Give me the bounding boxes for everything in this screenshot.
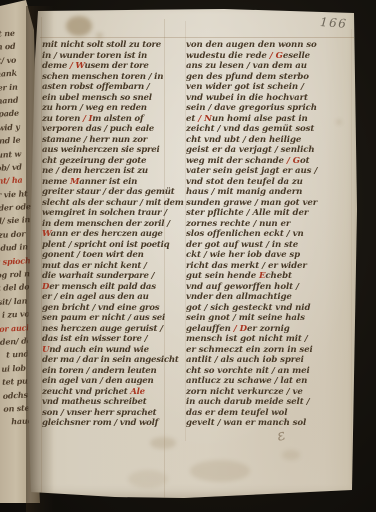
text-column-left: mit nicht solt stoll zu torein / wunder … [42,40,168,429]
manuscript-line: in / wunder toren ist in [42,51,168,62]
manuscript-photo: nt neim odnt/ vohankder inrmandt padewid… [0,0,376,512]
manuscript-line: gelauffen / Der zornig [186,324,354,335]
manuscript-line: zeucht vnd prichet Ale [42,387,168,398]
manuscript-line: schen menschen toren / in [42,72,168,83]
manuscript-line: der got auf wust / in ste [186,240,354,251]
manuscript-line: neme Manner ist ein [42,177,168,188]
manuscript-line: gonent / toen wirt den [42,250,168,261]
stain-bottom-4 [128,470,168,488]
manuscript-line: aus weinherczen sie sprei [42,145,168,156]
manuscript-line: zu toren / Im alsten of [42,114,168,125]
manuscript-line: gleichsner rom / vnd wolf [42,418,168,429]
manuscript-line: vater sein geist jagt er aus / [186,166,354,177]
manuscript-line: slos offenlichen eckt / vn [186,229,354,240]
manuscript-line: haus / mit manig andern [186,187,354,198]
manuscript-line: son / vnser herr sprachet [42,408,168,419]
manuscript-line: Und auch ein wund wie [42,345,168,356]
manuscript-line: ne / dem herczen ist zu [42,166,168,177]
manuscript-line: wudestu die rede / Geselle [186,51,354,62]
stain-top-small [96,33,103,38]
manuscript-line: ein agel van / den augen [42,376,168,387]
stain-top [66,16,92,36]
manuscript-line: slecht als der schaur / mit dem [42,198,168,209]
stain-bottom-3 [282,450,300,460]
manuscript-line: ckt / wie her iob dave sp [186,250,354,261]
manuscript-line: asten robst offembarn / [42,82,168,93]
manuscript-line: in dem menschen der zoril / [42,219,168,230]
manuscript-line: et / Nun homi alse past in [186,114,354,125]
manuscript-line: gevelt / wan er manch sol [186,418,354,429]
manuscript-line: gen bricht / vnd eine gros [42,303,168,314]
manuscript-line: geist er da verjagt / senlich [186,145,354,156]
manuscript-line: deme / Wusem der tore [42,61,168,72]
manuscript-line: er / ein agel aus den au [42,292,168,303]
manuscript-line: got / sich gesteckt vnd nid [186,303,354,314]
manuscript-line: sunden grawe / man got ver [186,198,354,209]
manuscript-line: richt das merkt / er wider [186,261,354,272]
manuscript-line: plent / spricht oni ist poetiq [42,240,168,251]
manuscript-line: mensch ist got nicht mit / [186,334,354,345]
manuscript-line: antlucz zu schawe / lat en [186,376,354,387]
stain-bottom-2 [190,460,250,482]
manuscript-line: wemgiret in solchen traur / [42,208,168,219]
manuscript-line: zu horn / weg en reden [42,103,168,114]
manuscript-line: mut das er nicht kent / [42,261,168,272]
manuscript-line: gut sein hende Echebt [186,271,354,282]
manuscript-line: gen des pfund dem sterbo [186,72,354,83]
manuscript-line: nes herczen auge geruist / [42,324,168,335]
manuscript-line: zornes rechte / nun er [186,219,354,230]
manuscript-line: verporen das / puch eale [42,124,168,135]
manuscript-line: zorn nicht verkurcze / ve [186,387,354,398]
manuscript-line: zeicht / vnd das gemüt sost [186,124,354,135]
manuscript-line: antlit / als auch iob sprei [186,355,354,366]
manuscript-line: vnd wubei in die hochvart [186,93,354,104]
text-column-right: von den augen den wonn sowudestu die red… [186,40,354,429]
manuscript-line: in auch darub meide selt / [186,397,354,408]
manuscript-line: stamane / herr nun zor [42,135,168,146]
manuscript-line: weg mit der schande / Got [186,156,354,167]
manuscript-line: Der mensch eilt pald das [42,282,168,293]
stain-bottom-1 [150,437,176,449]
manuscript-line: vnd auf geworffen holt / [186,282,354,293]
manuscript-line: die warhait sunderpare / [42,271,168,282]
manuscript-line: das ist ein wisser tore / [42,334,168,345]
manuscript-line: von den augen den wonn so [186,40,354,51]
ruling-line-top [40,37,354,38]
manuscript-line: ster pflichte / Alle mit der [186,208,354,219]
folio-number: 166 [320,15,348,31]
manuscript-line: cht so vorchte nit / an mei [186,366,354,377]
manuscript-line: ans zu lesen / van dem au [186,61,354,72]
manuscript-line: vnder den allmachtige [186,292,354,303]
manuscript-line: cht vnd ubt / den heilige [186,135,354,146]
manuscript-line: der ma / dar in sein angesicht [42,355,168,366]
manuscript-line: sen paum er nicht / aus sei [42,313,168,324]
manuscript-line: er schmeczt ein zorn in sei [186,345,354,356]
manuscript-line: ein ubel mensch so snel [42,93,168,104]
manuscript-line: sein / dave gregorius sprich [186,103,354,114]
manuscript-line: ven wider got ist schein / [186,82,354,93]
manuscript-line: sein gnot / mit seine hals [186,313,354,324]
manuscript-line: mit nicht solt stoll zu tore [42,40,168,51]
manuscript-line: Wann er des herczen auge [42,229,168,240]
manuscript-line: ein toren / andern leuten [42,366,168,377]
manuscript-line: greiter staur / der das gemüt [42,187,168,198]
manuscript-line: vnd matheus schreibet [42,397,168,408]
manuscript-line: cht gezeirung der gote [42,156,168,167]
manuscript-line: vnd stot den teufel da zu [186,177,354,188]
manuscript-line: das er dem teufel wol [186,408,354,419]
